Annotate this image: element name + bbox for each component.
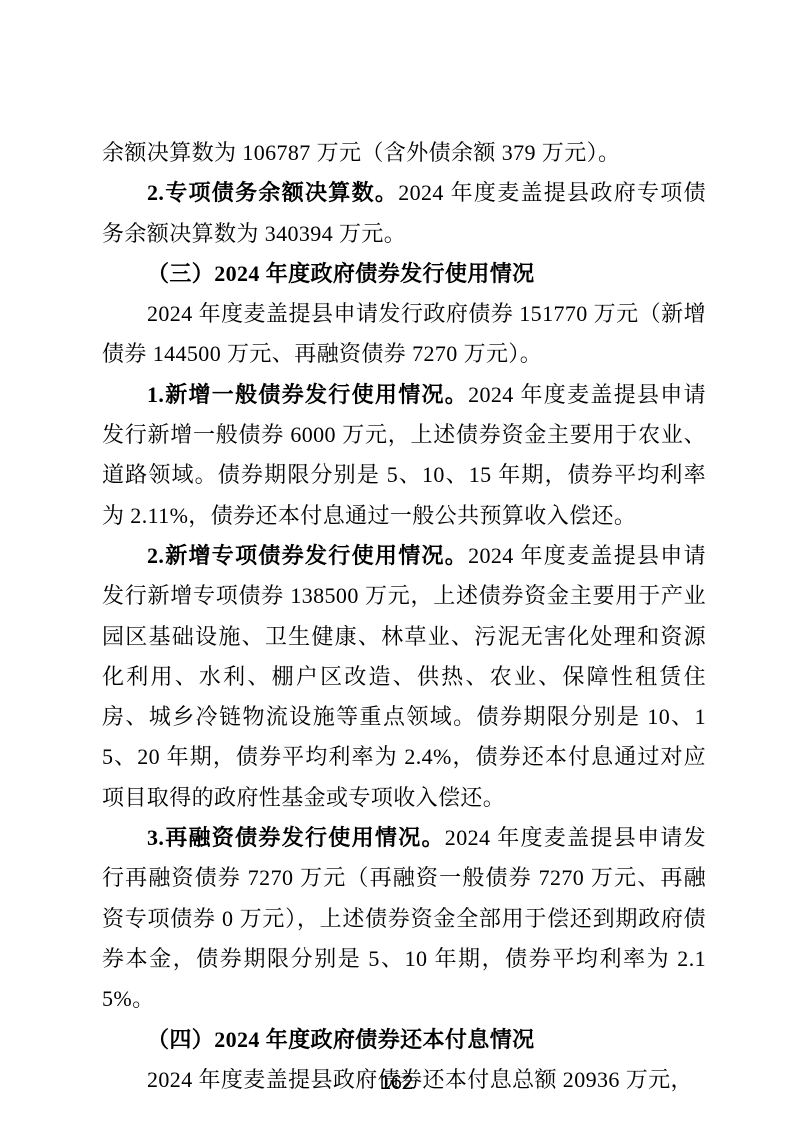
text-run: 2024 年度麦盖提县申请发行政府债券 151770 万元（新增债券 14450… (102, 301, 706, 366)
paragraph: 余额决算数为 106787 万元（含外债余额 379 万元）。 (102, 133, 706, 173)
document-page: 余额决算数为 106787 万元（含外债余额 379 万元）。2.专项债务余额决… (0, 0, 793, 1122)
paragraph: 2.新增专项债券发行使用情况。2024 年度麦盖提县申请发行新增专项债券 138… (102, 536, 706, 818)
text-run: 1.新增一般债券发行使用情况。 (147, 382, 468, 407)
page-number: 162 (0, 1072, 793, 1095)
text-run: 2024 年度麦盖提县申请发行再融资债券 7270 万元（再融资一般债券 727… (102, 825, 706, 1011)
text-run: 2024 年度麦盖提县申请发行新增专项债券 138500 万元，上述债券资金主要… (102, 543, 706, 810)
text-run: 余额决算数为 106787 万元（含外债余额 379 万元）。 (102, 140, 620, 165)
paragraph: 2.专项债务余额决算数。2024 年度麦盖提县政府专项债务余额决算数为 3403… (102, 173, 706, 254)
text-run: 3.再融资债券发行使用情况。 (147, 825, 445, 850)
paragraph: 2024 年度麦盖提县申请发行政府债券 151770 万元（新增债券 14450… (102, 294, 706, 375)
text-run: （四）2024 年度政府债券还本付息情况 (147, 1027, 535, 1052)
text-run: （三）2024 年度政府债券发行使用情况 (147, 261, 535, 286)
paragraph: 3.再融资债券发行使用情况。2024 年度麦盖提县申请发行再融资债券 7270 … (102, 818, 706, 1019)
document-body: 余额决算数为 106787 万元（含外债余额 379 万元）。2.专项债务余额决… (102, 133, 706, 1100)
section-heading: （四）2024 年度政府债券还本付息情况 (102, 1020, 706, 1060)
text-run: 2.专项债务余额决算数。 (147, 180, 398, 205)
text-run: 2.新增专项债券发行使用情况。 (147, 543, 468, 568)
section-heading: （三）2024 年度政府债券发行使用情况 (102, 254, 706, 294)
paragraph: 1.新增一般债券发行使用情况。2024 年度麦盖提县申请发行新增一般债券 600… (102, 375, 706, 536)
